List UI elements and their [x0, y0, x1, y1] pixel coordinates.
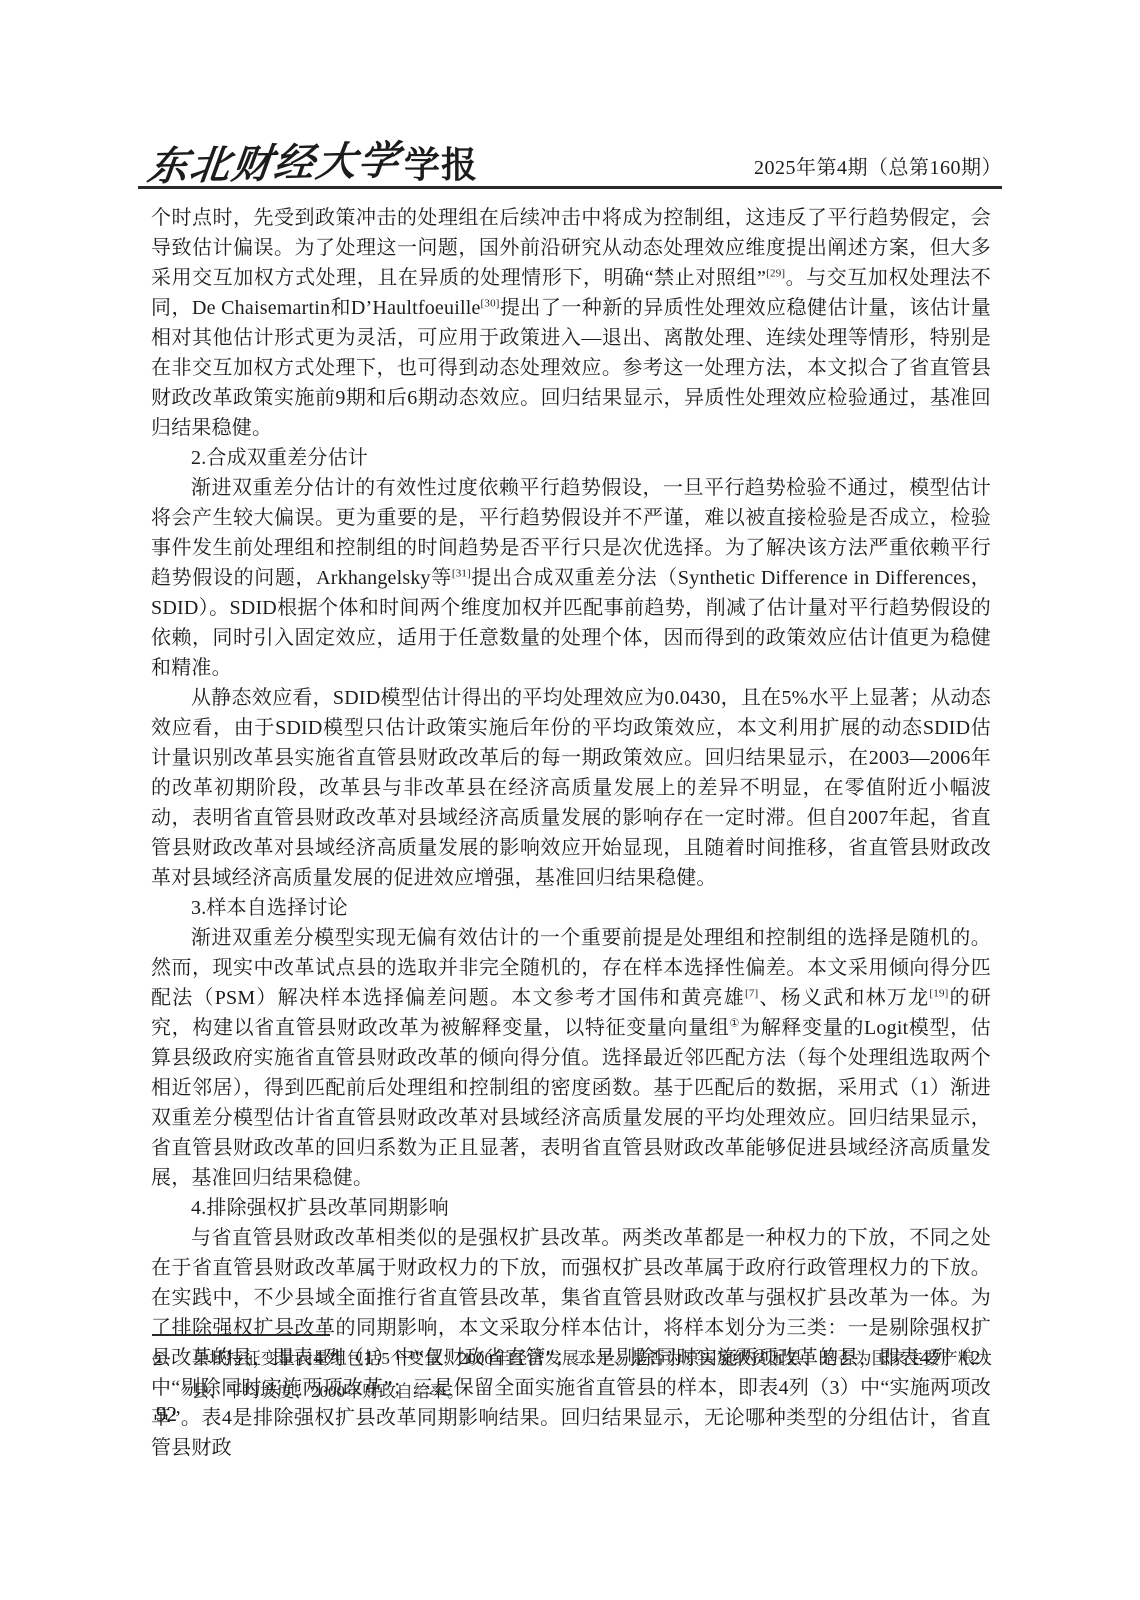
page-number: 92: [156, 1402, 177, 1427]
article-body: 个时点时，先受到政策冲击的处理组在后续冲击中将成为控制组，这违反了平行趋势假定，…: [151, 203, 991, 1463]
section-heading: 2.合成双重差分估计: [151, 443, 991, 473]
journal-logo-suffix: 学报: [404, 147, 478, 183]
footnote-marker: ①: [152, 1342, 192, 1408]
page-header: 东北财经大学学报 2025年第4期（总第160期）: [140, 138, 1002, 186]
citation-ref: ①: [730, 1017, 741, 1029]
footnote-divider: [152, 1334, 330, 1336]
body-paragraph: 个时点时，先受到政策冲击的处理组在后续冲击中将成为控制组，这违反了平行趋势假定，…: [151, 203, 991, 443]
header-divider: [138, 186, 1002, 189]
body-paragraph: 渐进双重差分估计的有效性过度依赖平行趋势假设，一旦平行趋势检验不通过，模型估计将…: [151, 473, 991, 683]
journal-logo: 东北财经大学学报: [148, 144, 478, 184]
footnote-text: 县域特征变量向量组包括5个变量：2000年经济发展水平、是否为原国家级贫困县、是…: [192, 1342, 992, 1408]
citation-ref: [30]: [481, 297, 500, 309]
citation-ref: [7]: [745, 987, 758, 999]
citation-ref: [19]: [929, 987, 948, 999]
section-heading: 3.样本自选择讨论: [151, 893, 991, 923]
citation-ref: [29]: [766, 267, 785, 279]
body-paragraph: 从静态效应看，SDID模型估计得出的平均处理效应为0.0430，且在5%水平上显…: [151, 683, 991, 893]
journal-logo-calligraphy: 东北财经大学: [145, 141, 402, 188]
footnote: ① 县域特征变量向量组包括5个变量：2000年经济发展水平、是否为原国家级贫困县…: [152, 1342, 992, 1408]
citation-ref: [31]: [452, 567, 471, 579]
issue-info: 2025年第4期（总第160期）: [754, 151, 1002, 180]
journal-page: 东北财经大学学报 2025年第4期（总第160期） 个时点时，先受到政策冲击的处…: [0, 0, 1140, 1600]
body-paragraph: 渐进双重差分模型实现无偏有效估计的一个重要前提是处理组和控制组的选择是随机的。然…: [151, 923, 991, 1193]
section-heading: 4.排除强权扩县改革同期影响: [151, 1193, 991, 1223]
